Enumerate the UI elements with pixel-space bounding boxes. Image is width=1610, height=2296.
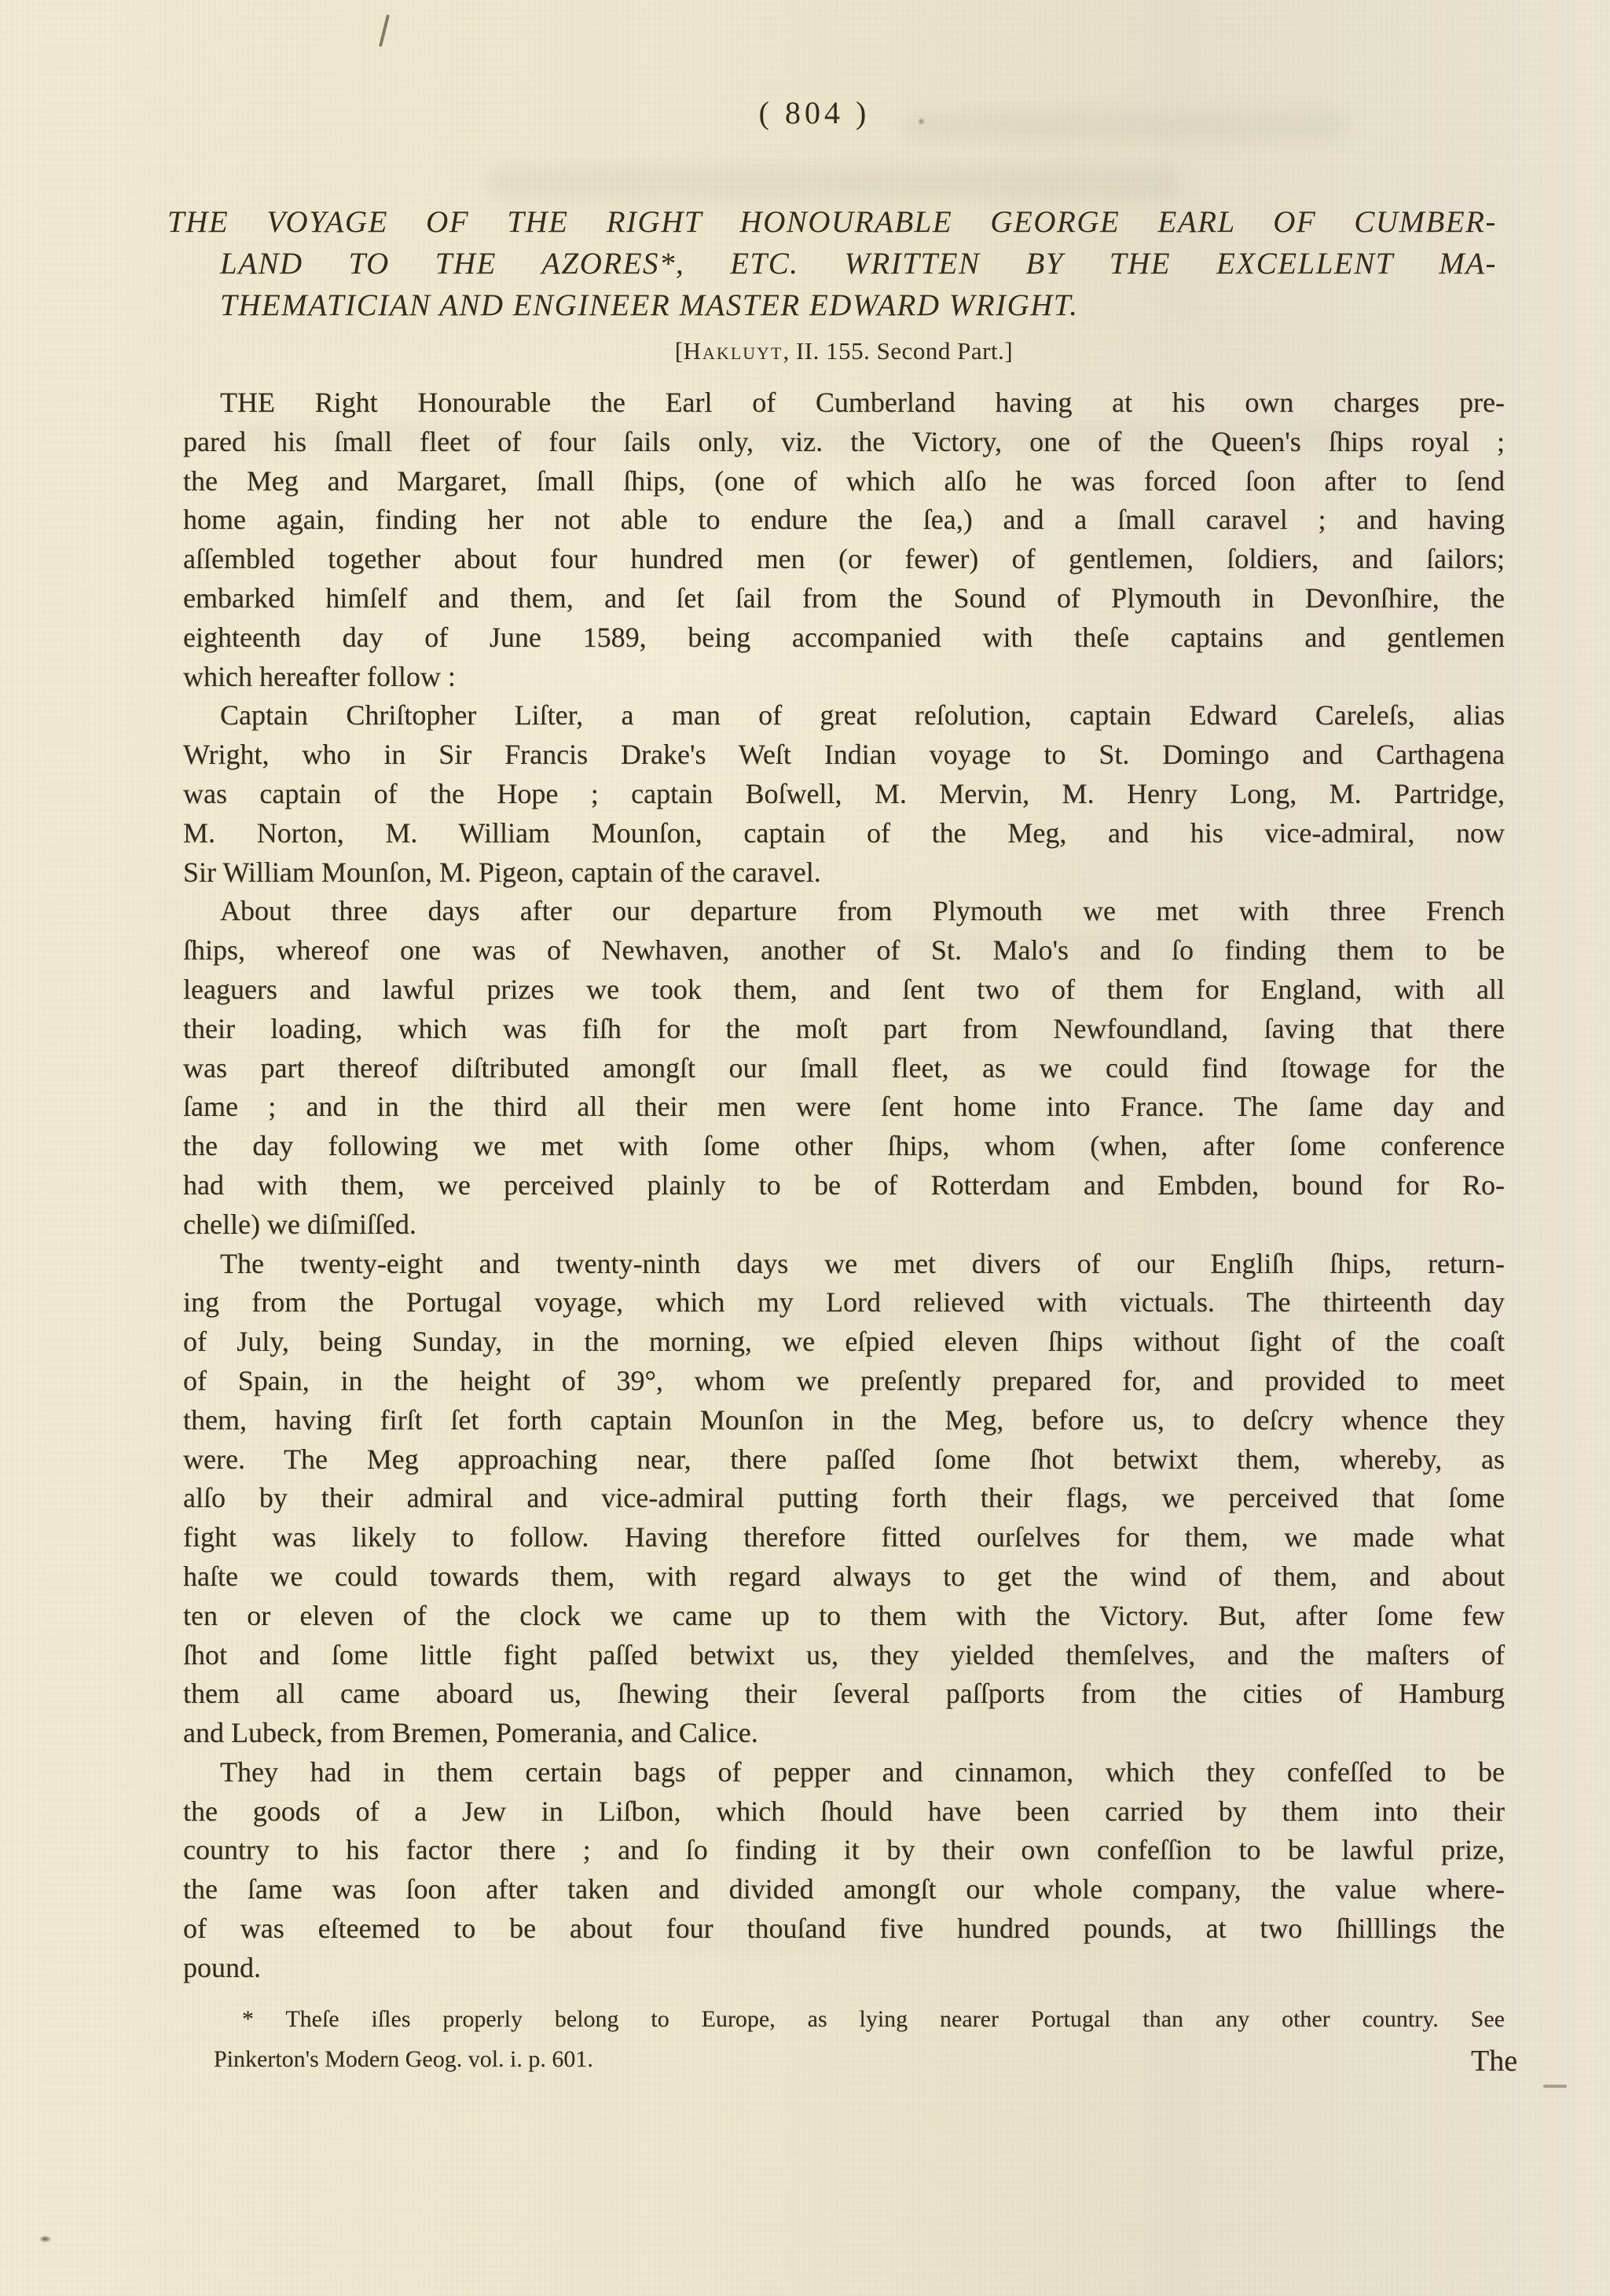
text-line: THE Right Honourable the Earl of Cumberl…	[183, 383, 1505, 423]
title-line: THEMATICIAN AND ENGINEER MASTER EDWARD W…	[167, 284, 1497, 326]
text-line: was captain of the Hope ; captain Boſwel…	[183, 775, 1505, 814]
bleed-through-smudge	[487, 167, 1179, 200]
text-line: Captain Chriſtopher Liſter, a man of gre…	[183, 696, 1505, 735]
text-line: them all came aboard us, ſhewing their ſ…	[183, 1674, 1505, 1714]
text-line: the Meg and Margaret, ſmall ſhips, (one …	[183, 462, 1505, 501]
text-line: ing from the Portugal voyage, which my L…	[183, 1283, 1505, 1322]
catchword: The	[1471, 2044, 1517, 2078]
text-line: ſame ; and in the third all their men we…	[183, 1087, 1505, 1127]
paragraph: The twenty-eight and twenty-ninth days w…	[183, 1245, 1505, 1753]
text-line: and Lubeck, from Bremen, Pomerania, and …	[183, 1714, 1505, 1753]
text-line: their loading, which was fiſh for the mo…	[183, 1010, 1505, 1049]
text-line: alſo by their admiral and vice-admiral p…	[183, 1479, 1505, 1518]
text-line: About three days after our departure fro…	[183, 892, 1505, 931]
text-line: pound.	[183, 1949, 1505, 1988]
text-line: were. The Meg approaching near, there pa…	[183, 1440, 1505, 1480]
text-line: ſhot and ſome little fight paſſed betwix…	[183, 1636, 1505, 1675]
ink-dash-mark	[1543, 2085, 1567, 2088]
text-line: embarked himſelf and them, and ſet ſail …	[183, 579, 1505, 618]
text-line: aſſembled together about four hundred me…	[183, 540, 1505, 579]
text-line: M. Norton, M. William Mounſon, captain o…	[183, 814, 1505, 853]
text-line: the day following we met with ſome other…	[183, 1127, 1505, 1166]
page-number: ( 804 )	[9, 94, 1610, 131]
text-line: The twenty-eight and twenty-ninth days w…	[183, 1245, 1505, 1284]
text-line: of was eſteemed to be about four thouſan…	[183, 1909, 1505, 1949]
text-line: was part thereof diſtributed amongſt our…	[183, 1049, 1505, 1088]
text-line: home again, finding her not able to endu…	[183, 501, 1505, 540]
text-line: leaguers and lawful prizes we took them,…	[183, 970, 1505, 1010]
title-line: THE VOYAGE OF THE RIGHT HONOURABLE GEORG…	[167, 201, 1497, 243]
text-line: Sir William Mounſon, M. Pigeon, captain …	[183, 853, 1505, 893]
footnote: * Theſe iſles properly belong to Europe,…	[214, 1999, 1505, 2079]
text-line: They had in them certain bags of pepper …	[183, 1753, 1505, 1792]
text-line: eighteenth day of June 1589, being accom…	[183, 618, 1505, 658]
text-line: Wright, who in Sir Francis Drake's Weſt …	[183, 735, 1505, 775]
chapter-title: THE VOYAGE OF THE RIGHT HONOURABLE GEORG…	[167, 201, 1497, 326]
citation-rest: , II. 155. Second Part.]	[783, 337, 1013, 365]
ink-speck	[39, 2235, 51, 2243]
text-line: chelle) we diſmiſſed.	[183, 1205, 1505, 1245]
citation-author: Hakluyt	[684, 337, 783, 365]
paragraph: They had in them certain bags of pepper …	[183, 1753, 1505, 1988]
citation-open: [	[675, 337, 684, 365]
footnote-line: Pinkerton's Modern Geog. vol. i. p. 601.	[214, 2039, 1505, 2079]
paragraph: Captain Chriſtopher Liſter, a man of gre…	[183, 696, 1505, 892]
text-line: the goods of a Jew in Liſbon, which ſhou…	[183, 1792, 1505, 1832]
text-line: fight was likely to follow. Having there…	[183, 1518, 1505, 1557]
text-line: of Spain, in the height of 39°, whom we …	[183, 1362, 1505, 1401]
title-line: LAND TO THE AZORES*, ETC. WRITTEN BY THE…	[167, 243, 1497, 284]
ink-slash-mark	[379, 14, 390, 47]
text-line: ſhips, whereof one was of Newhaven, anot…	[183, 931, 1505, 970]
text-line: which hereafter follow :	[183, 658, 1505, 697]
text-line: them, having firſt ſet forth captain Mou…	[183, 1401, 1505, 1440]
footnote-line: * Theſe iſles properly belong to Europe,…	[214, 1999, 1505, 2039]
text-line: of July, being Sunday, in the morning, w…	[183, 1322, 1505, 1362]
paragraph: THE Right Honourable the Earl of Cumberl…	[183, 383, 1505, 696]
text-line: country to his factor there ; and ſo fin…	[183, 1831, 1505, 1870]
text-line: haſte we could towards them, with regard…	[183, 1557, 1505, 1597]
text-line: the ſame was ſoon after taken and divide…	[183, 1870, 1505, 1909]
body-text: THE Right Honourable the Earl of Cumberl…	[183, 383, 1505, 1988]
source-citation: [Hakluyt, II. 155. Second Part.]	[183, 337, 1505, 365]
book-page: ( 804 ) THE VOYAGE OF THE RIGHT HONOURAB…	[0, 0, 1610, 2296]
paragraph: About three days after our departure fro…	[183, 892, 1505, 1244]
text-line: ten or eleven of the clock we came up to…	[183, 1597, 1505, 1636]
text-line: had with them, we perceived plainly to b…	[183, 1166, 1505, 1205]
text-line: pared his ſmall fleet of four ſails only…	[183, 423, 1505, 462]
